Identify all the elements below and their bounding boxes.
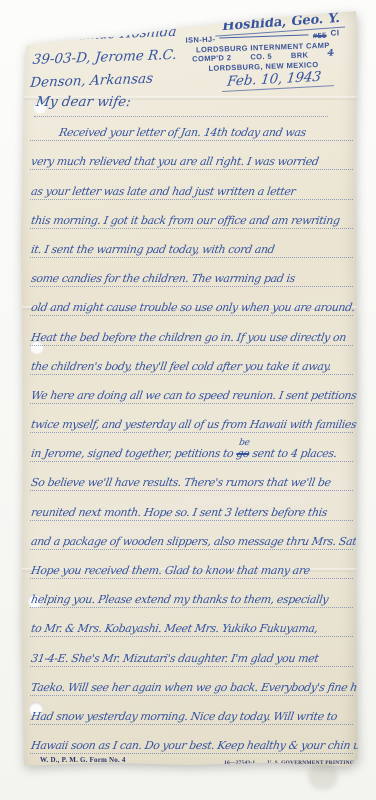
letter-line-text: Hawaii soon as I can. Do your best. Keep… xyxy=(30,739,371,753)
letter-line-text: and a package of wooden slippers, also m… xyxy=(30,535,366,549)
letter-line-text: old and might cause trouble so use only … xyxy=(30,301,356,315)
letter-line: helping you. Please extend my thanks to … xyxy=(30,579,353,608)
form-number-imprint: W. D., P. M. G. Form No. 4 February 17, … xyxy=(40,756,126,772)
letter-line: to Mr. & Mrs. Kobayashi. Meet Mrs. Yukik… xyxy=(30,608,353,637)
letter-line-text: it. I sent the warming pad today, with c… xyxy=(30,243,275,257)
recipient-address: Mrs. Tamae Hoshida39-03-D, Jerome R.C.De… xyxy=(29,21,180,95)
letter-line-text: Hope you received them. Glad to know tha… xyxy=(30,564,311,578)
handwritten-correction: gobe xyxy=(235,447,250,460)
letter-body: Received your letter of Jan. 14th today … xyxy=(30,112,353,783)
letter-line-text: some candies for the children. The warmi… xyxy=(30,272,296,286)
letter-line: this morning. I got it back from our off… xyxy=(30,200,353,229)
letter-line-text: We here are doing all we can to speed re… xyxy=(30,389,357,403)
print-code: 16—27543-1 xyxy=(224,760,255,766)
stamp-barrack-label: BRK xyxy=(291,50,309,60)
letter-line-text: in Jerome, signed together, petitions to… xyxy=(30,447,338,461)
letter-line: the children's body, they'll feel cold a… xyxy=(30,346,353,375)
letter-line-text: Taeko. Will see her again when we go bac… xyxy=(30,681,376,695)
letter-line: Had snow yesterday morning. Nice day tod… xyxy=(30,696,353,725)
internment-camp-stamp: ISN-HJ- #55 CI LORDSBURG INTERNMENT CAMP… xyxy=(183,30,342,73)
letter-line-text: this morning. I got it back from our off… xyxy=(30,214,341,228)
stamp-isn-number-struck: #55 xyxy=(313,31,327,41)
stain-mark xyxy=(308,762,338,790)
letter-page: Hoshida, Geo. Y. ISN-HJ- #55 CI LORDSBUR… xyxy=(20,10,358,778)
stamp-barrack-number: 4 xyxy=(327,50,334,60)
letter-line-text: the children's body, they'll feel cold a… xyxy=(30,360,332,374)
handwritten-correction: good xyxy=(192,765,229,781)
letter-line-text: twice myself, and yesterday all of us fr… xyxy=(30,418,357,432)
letter-line: Hawaii soon as I can. Do your best. Keep… xyxy=(30,725,353,754)
letter-line: Taeko. Will see her again when we go bac… xyxy=(30,667,353,696)
letter-line-text: to Mr. & Mrs. Kobayashi. Meet Mrs. Yukik… xyxy=(30,622,319,636)
letter-line: and a package of wooden slippers, also m… xyxy=(30,521,353,550)
letter-line-text: as your letter was late and had just wri… xyxy=(30,185,296,199)
letter-line: Hope you received them. Glad to know tha… xyxy=(30,550,353,579)
letter-line: 31-4-E. She's Mr. Mizutari's daughter. I… xyxy=(30,637,353,666)
letter-line: very much relieved that you are all righ… xyxy=(30,141,353,170)
stamp-isn-prefix: ISN-HJ- xyxy=(185,35,215,46)
letter-line: old and might cause trouble so use only … xyxy=(30,287,353,316)
letter-line: twice myself, and yesterday all of us fr… xyxy=(30,404,353,433)
letter-line: We here are doing all we can to speed re… xyxy=(30,375,353,404)
letter-line-text: 31-4-E. She's Mr. Mizutari's daughter. I… xyxy=(30,652,319,666)
letter-line-text: So believe we'll have results. There's r… xyxy=(30,476,332,490)
letter-line: reunited next month. Hope so. I sent 3 l… xyxy=(30,491,353,520)
stamp-ci-mark: CI xyxy=(330,28,339,38)
letter-line: So believe we'll have results. There's r… xyxy=(30,462,353,491)
letter-line: some candies for the children. The warmi… xyxy=(30,258,353,287)
letter-line-text: helping you. Please extend my thanks to … xyxy=(30,593,329,607)
letter-line: as your letter was late and had just wri… xyxy=(30,170,353,199)
letter-line: in Jerome, signed together, petitions to… xyxy=(30,433,353,462)
letter-line: it. I sent the warming pad today, with c… xyxy=(30,229,353,258)
letter-line-text: reunited next month. Hope so. I sent 3 l… xyxy=(30,506,328,520)
letter-line: Received your letter of Jan. 14th today … xyxy=(30,112,353,141)
letter-line-text: Heat the bed before the children go in. … xyxy=(30,331,347,345)
letter-line-text: Had snow yesterday morning. Nice day tod… xyxy=(30,710,338,724)
form-number: W. D., P. M. G. Form No. 4 xyxy=(40,756,126,764)
letter-paper: Hoshida, Geo. Y. ISN-HJ- #55 CI LORDSBUR… xyxy=(20,10,358,778)
form-date: February 17, 1942 xyxy=(40,764,126,772)
letter-line-text: very much relieved that you are all righ… xyxy=(30,155,320,169)
stamp-company: CO. 5 xyxy=(250,52,272,62)
recipient-line: Denson, Arkansas xyxy=(29,67,175,95)
handwritten-dash xyxy=(219,35,309,39)
letter-line: Heat the bed before the children go in. … xyxy=(30,316,353,345)
letter-line-text: Received your letter of Jan. 14th today … xyxy=(30,126,307,140)
